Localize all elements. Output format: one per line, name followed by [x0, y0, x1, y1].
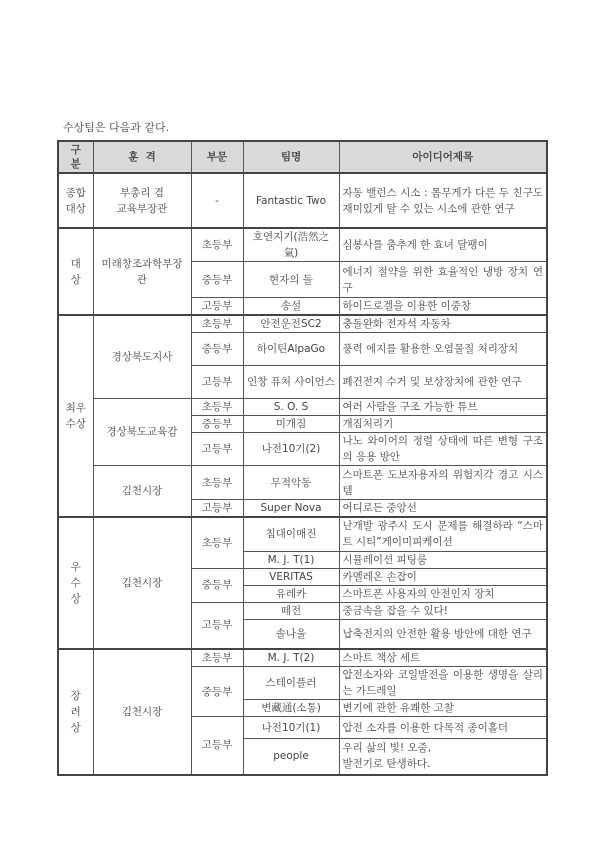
team-cell: 유레카 — [243, 585, 339, 602]
title-cell: 나노 와이어의 정렬 상태에 따른 변형 구조의 응용 방안 — [339, 433, 547, 466]
award-cell: 경상북도교육감 — [93, 399, 191, 466]
division-cell: 중등부 — [191, 333, 243, 366]
team-cell: 현자의 돌 — [243, 262, 339, 298]
division-cell: 고등부 — [191, 433, 243, 466]
division-cell: 중등부 — [191, 262, 243, 298]
award-cell: 김천시장 — [93, 517, 191, 649]
team-cell: 안전운전SC2 — [243, 315, 339, 333]
team-cell: 무적악동 — [243, 466, 339, 500]
title-cell: 여러 사람을 구조 가능한 튜브 — [339, 399, 547, 416]
table-row: 최우 수상 경상북도지사 초등부 안전운전SC2 충돌완화 전자석 자동차 — [58, 315, 547, 333]
title-cell: 중금속을 잡을 수 있다! — [339, 602, 547, 619]
award-cell: 김천시장 — [93, 649, 191, 775]
team-cell: Fantastic Two — [243, 173, 339, 228]
division-cell: 중등부 — [191, 416, 243, 433]
title-cell: 폐건전지 수거 및 보상장치에 관한 연구 — [339, 366, 547, 399]
header-title: 아이디어제목 — [339, 141, 547, 173]
division-cell: 초등부 — [191, 399, 243, 416]
header-division: 부문 — [191, 141, 243, 173]
team-cell: 스테이플러 — [243, 667, 339, 700]
title-cell: 심봉사를 춤추게 한 효녀 달팽이 — [339, 228, 547, 262]
team-cell: 인창 퓨처 사이언스 — [243, 366, 339, 399]
title-cell: 충돌완화 전자석 자동차 — [339, 315, 547, 333]
division-cell: 초등부 — [191, 649, 243, 667]
team-cell: people — [243, 739, 339, 775]
title-cell: 에너지 절약을 위한 효율적인 냉방 장치 연구 — [339, 262, 547, 298]
intro-text: 수상팀은 다음과 같다. — [63, 119, 169, 135]
header-category: 구 분 — [58, 141, 93, 173]
team-cell: 미개짐 — [243, 416, 339, 433]
division-cell: 초등부 — [191, 228, 243, 262]
team-cell: Super Nova — [243, 500, 339, 518]
team-cell: VERITAS — [243, 568, 339, 585]
division-cell: 중등부 — [191, 667, 243, 717]
title-cell: 시뮬레이션 피팅룸 — [339, 551, 547, 568]
title-cell: 압전 소자를 이용한 다목적 종이홀더 — [339, 717, 547, 739]
award-cell: 김천시장 — [93, 466, 191, 518]
title-cell: 자동 밸런스 시소 : 몸무게가 다른 두 친구도 재미있게 탈 수 있는 시소… — [339, 173, 547, 228]
award-cell: 경상북도지사 — [93, 315, 191, 399]
title-cell: 우리 삶의 빛! 오줌, 발전기로 탄생하다. — [339, 739, 547, 775]
title-cell: 변기에 관한 유쾌한 고찰 — [339, 700, 547, 717]
category-cell: 종합 대상 — [58, 173, 93, 228]
division-cell: - — [191, 173, 243, 228]
team-cell: 침대이매진 — [243, 517, 339, 551]
title-cell: 스마트폰 사용자의 안전인지 장치 — [339, 585, 547, 602]
category-cell: 최우 수상 — [58, 315, 93, 517]
title-cell: 스마트 책상 세트 — [339, 649, 547, 667]
division-cell: 중등부 — [191, 568, 243, 602]
team-cell: 변藏通(소통) — [243, 700, 339, 717]
division-cell: 초등부 — [191, 315, 243, 333]
team-cell: M. J. T(2) — [243, 649, 339, 667]
category-cell: 대 상 — [58, 228, 93, 315]
division-cell: 고등부 — [191, 500, 243, 518]
title-cell: 납축전지의 안전한 활용 방안에 대한 연구 — [339, 619, 547, 649]
team-cell: 나전10기(2) — [243, 433, 339, 466]
title-cell: 풍력 에지를 활용한 오염물질 처리장치 — [339, 333, 547, 366]
award-cell: 미래창조과학부장관 — [93, 228, 191, 315]
team-cell: S. O. S — [243, 399, 339, 416]
team-cell: 솔나울 — [243, 619, 339, 649]
team-cell: 하이틴AlpaGo — [243, 333, 339, 366]
title-cell: 스마트폰 도보자용자의 위험지각 경고 시스템 — [339, 466, 547, 500]
table-row: 종합 대상 부총리 겸 교육부장관 - Fantastic Two 자동 밸런스… — [58, 173, 547, 228]
division-cell: 고등부 — [191, 602, 243, 649]
table-row: 경상북도교육감 초등부 S. O. S 여러 사람을 구조 가능한 튜브 — [58, 399, 547, 416]
team-cell: 송설 — [243, 298, 339, 316]
division-cell: 고등부 — [191, 717, 243, 775]
title-cell: 압전소자와 코일발전을 이용한 생명을 살리는 가드레일 — [339, 667, 547, 700]
category-cell: 장 려 상 — [58, 649, 93, 775]
table-header-row: 구 분 훈 격 부문 팀명 아이디어제목 — [58, 141, 547, 173]
title-cell: 난개발 광주시 도시 문제를 해결하라 “스마트 시티”게이미피케이션 — [339, 517, 547, 551]
team-cell: 나전10기(1) — [243, 717, 339, 739]
team-cell: M. J. T(1) — [243, 551, 339, 568]
table-row: 우 수 상 김천시장 초등부 침대이매진 난개발 광주시 도시 문제를 해결하라… — [58, 517, 547, 551]
header-award: 훈 격 — [93, 141, 191, 173]
title-cell: 어디로든 중앙선 — [339, 500, 547, 518]
team-cell: 떼전 — [243, 602, 339, 619]
team-cell: 호연지기(浩然之氣) — [243, 228, 339, 262]
title-cell: 하이드로겔을 이용한 이중창 — [339, 298, 547, 316]
division-cell: 고등부 — [191, 366, 243, 399]
award-cell: 부총리 겸 교육부장관 — [93, 173, 191, 228]
category-cell: 우 수 상 — [58, 517, 93, 649]
title-cell: 카멜레온 손잡이 — [339, 568, 547, 585]
awards-table: 구 분 훈 격 부문 팀명 아이디어제목 종합 대상 부총리 겸 교육부장관 -… — [57, 140, 548, 776]
table-row: 장 려 상 김천시장 초등부 M. J. T(2) 스마트 책상 세트 — [58, 649, 547, 667]
table-row: 대 상 미래창조과학부장관 초등부 호연지기(浩然之氣) 심봉사를 춤추게 한 … — [58, 228, 547, 262]
division-cell: 초등부 — [191, 517, 243, 568]
table-row: 김천시장 초등부 무적악동 스마트폰 도보자용자의 위험지각 경고 시스템 — [58, 466, 547, 500]
division-cell: 초등부 — [191, 466, 243, 500]
division-cell: 고등부 — [191, 298, 243, 316]
title-cell: 개짐처리기 — [339, 416, 547, 433]
header-team: 팀명 — [243, 141, 339, 173]
